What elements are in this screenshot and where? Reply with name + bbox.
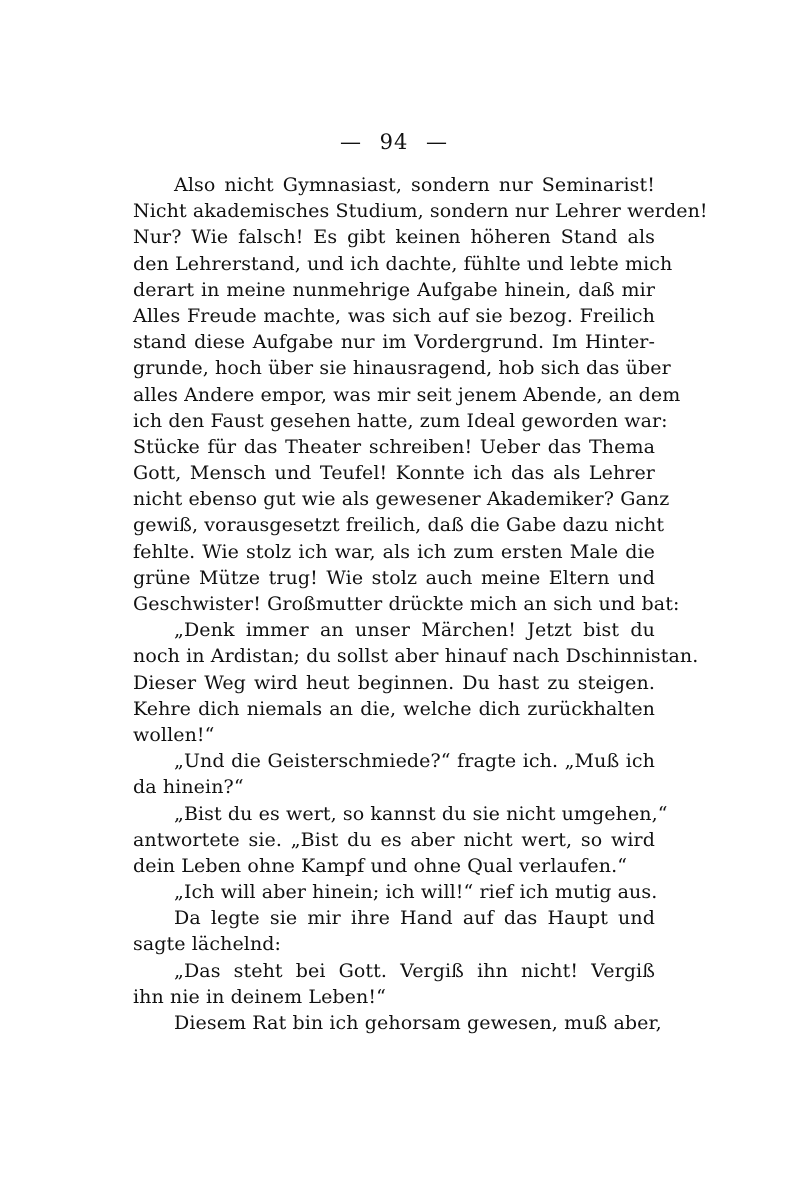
text-line: Da legte sie mir ihre Hand auf das Haupt…	[133, 905, 655, 931]
text-line: gewiß, vorausgesetzt freilich, daß die G…	[133, 512, 655, 538]
text-line: „Ich will aber hinein; ich will!“ rief i…	[133, 879, 655, 905]
text-line: fehlte. Wie stolz ich war, als ich zum e…	[133, 539, 655, 565]
text-line: Dieser Weg wird heut beginnen. Du hast z…	[133, 670, 655, 696]
text-line: Stücke für das Theater schreiben! Ueber …	[133, 434, 655, 460]
text-line: „Und die Geisterschmiede?“ fragte ich. „…	[133, 748, 655, 774]
text-line: Nur? Wie falsch! Es gibt keinen höheren …	[133, 224, 655, 250]
text-line: grüne Mütze trug! Wie stolz auch meine E…	[133, 565, 655, 591]
text-line: Also nicht Gymnasiast, sondern nur Semin…	[133, 172, 655, 198]
text-line: alles Andere empor, was mir seit jenem A…	[133, 382, 655, 408]
text-line: Gott, Mensch und Teufel! Konnte ich das …	[133, 460, 655, 486]
text-line: grunde, hoch über sie hinausragend, hob …	[133, 355, 655, 381]
text-line: „Denk immer an unser Märchen! Jetzt bist…	[133, 617, 655, 643]
text-line: noch in Ardistan; du sollst aber hinauf …	[133, 643, 655, 669]
text-line: dein Leben ohne Kampf und ohne Qual verl…	[133, 853, 655, 879]
body-text: Also nicht Gymnasiast, sondern nur Semin…	[133, 172, 655, 1036]
text-line: Diesem Rat bin ich gehorsam gewesen, muß…	[133, 1010, 655, 1036]
text-line: antwortete sie. „Bist du es aber nicht w…	[133, 827, 655, 853]
text-line: „Das steht bei Gott. Vergiß ihn nicht! V…	[133, 958, 655, 984]
text-line: den Lehrerstand, und ich dachte, fühlte …	[133, 251, 655, 277]
page-number: — 94 —	[0, 130, 788, 154]
text-line: stand diese Aufgabe nur im Vordergrund. …	[133, 329, 655, 355]
text-line: derart in meine nunmehrige Aufgabe hinei…	[133, 277, 655, 303]
text-line: Nicht akademisches Studium, sondern nur …	[133, 198, 655, 224]
text-line: Alles Freude machte, was sich auf sie be…	[133, 303, 655, 329]
text-line: ihn nie in deinem Leben!“	[133, 984, 655, 1010]
text-line: nicht ebenso gut wie als gewesener Akade…	[133, 486, 655, 512]
text-line: da hinein?“	[133, 774, 655, 800]
text-line: sagte lächelnd:	[133, 931, 655, 957]
text-line: „Bist du es wert, so kannst du sie nicht…	[133, 801, 655, 827]
text-line: Geschwister! Großmutter drückte mich an …	[133, 591, 655, 617]
text-line: Kehre dich niemals an die, welche dich z…	[133, 696, 655, 722]
text-line: wollen!“	[133, 722, 655, 748]
text-line: ich den Faust gesehen hatte, zum Ideal g…	[133, 408, 655, 434]
